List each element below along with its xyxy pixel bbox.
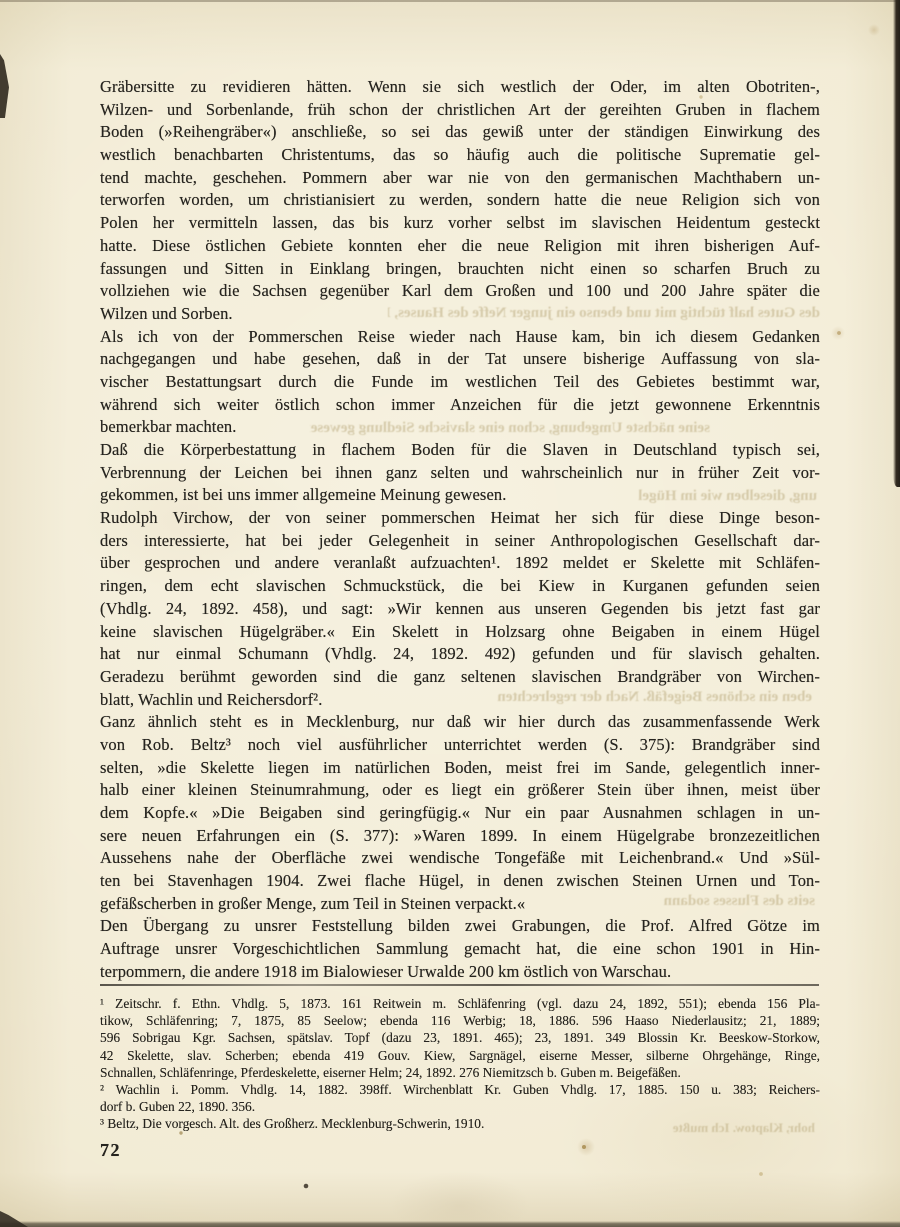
paragraph: Daß die Körperbestattung in flachem Bode…	[100, 439, 820, 507]
text-line: keine slavischen Hügelgräber.« Ein Skele…	[100, 621, 820, 644]
text-line: Ganz ähnlich steht es in Mecklenburg, nu…	[100, 711, 820, 734]
text-line: 42 Skelette, slav. Scherben; ebenda 419 …	[100, 1047, 820, 1064]
text-line: nachgegangen und habe gesehen, daß in de…	[100, 348, 820, 371]
text-line: terpommern, die andere 1918 im Bialowies…	[100, 961, 820, 984]
paragraph: Rudolph Virchow, der von seiner pommersc…	[100, 507, 820, 711]
body-text: Gräbersitte zu revidieren hätten. Wenn s…	[100, 76, 820, 984]
text-line: 596 Sobrigau Kgr. Sachsen, spätslav. Top…	[100, 1029, 820, 1046]
text-line: tend machte, geschehen. Pommern aber war…	[100, 167, 820, 190]
scan-edge-bottom	[0, 1221, 900, 1227]
scan-edge-top	[0, 0, 900, 2]
footnote-rule	[100, 984, 819, 986]
paragraph: Den Übergang zu unsrer Feststellung bild…	[100, 915, 820, 983]
text-line: terworfen worden, um christianisiert zu …	[100, 189, 820, 212]
text-line: Als ich von der Pommerschen Reise wieder…	[100, 326, 820, 349]
text-line: Schnallen, Schläfenringe, Pferdeskelette…	[100, 1064, 820, 1081]
text-line: vollziehen wie die Sachsen gegenüber Kar…	[100, 280, 820, 303]
text-line: westlich benachbarten Christentums, das …	[100, 144, 820, 167]
text-line: von Rob. Beltz³ noch viel ausführlicher …	[100, 734, 820, 757]
text-line: Verbrennung der Leichen bei ihnen ganz s…	[100, 462, 820, 485]
text-line: gefäßscherben in großer Menge, zum Teil …	[100, 893, 820, 916]
text-line: sere neuen Erfahrungen ein (S. 377): »Wa…	[100, 825, 820, 848]
text-line: dorf b. Guben 22, 1890. 356.	[100, 1098, 820, 1115]
text-line: hat nur einmal Schumann (Vhdlg. 24, 1892…	[100, 643, 820, 666]
text-line: (Vhdlg. 24, 1892. 458), und sagt: »Wir k…	[100, 598, 820, 621]
footnote: ³ Beltz, Die vorgesch. Alt. des Großherz…	[100, 1115, 820, 1132]
text-line: ders interessierte, hat bei jeder Gelege…	[100, 530, 820, 553]
text-line: ten bei Stavenhagen 1904. Zwei flache Hü…	[100, 870, 820, 893]
text-line: ³ Beltz, Die vorgesch. Alt. des Großherz…	[100, 1115, 820, 1132]
scan-mark-top-left	[0, 54, 9, 118]
text-line: hatte. Diese östlichen Gebiete konnten e…	[100, 235, 820, 258]
text-line: selten, »die Skelette liegen im natürlic…	[100, 757, 820, 780]
text-line: über gesprochen und andere veranlaßt auf…	[100, 552, 820, 575]
page-number: 72	[100, 1140, 121, 1161]
footnote: ¹ Zeitschr. f. Ethn. Vhdlg. 5, 1873. 161…	[100, 995, 820, 1081]
text-line: gekommen, ist bei uns immer allgemeine M…	[100, 484, 820, 507]
paragraph: Als ich von der Pommerschen Reise wieder…	[100, 326, 820, 439]
footnotes: ¹ Zeitschr. f. Ethn. Vhdlg. 5, 1873. 161…	[100, 995, 820, 1133]
text-line: Daß die Körperbestattung in flachem Bode…	[100, 439, 820, 462]
text-line: ² Wachlin i. Pomm. Vhdlg. 14, 1882. 398f…	[100, 1081, 820, 1098]
text-line: Rudolph Virchow, der von seiner pommersc…	[100, 507, 820, 530]
text-line: Wilzen und Sorben.	[100, 303, 820, 326]
text-line: halb einer kleinen Steinumrahmung, oder …	[100, 779, 820, 802]
paragraph: Gräbersitte zu revidieren hätten. Wenn s…	[100, 76, 820, 326]
text-line: fassungen und Sitten in Einklang bringen…	[100, 258, 820, 281]
text-line: Aussehens nahe der Oberfläche zwei wendi…	[100, 847, 820, 870]
text-line: vischer Bestattungsart durch die Funde i…	[100, 371, 820, 394]
text-line: Polen her vermitteln lassen, das bis kur…	[100, 212, 820, 235]
scanned-book-page: des Gutes half tüchtig mit und ebenso ei…	[0, 0, 900, 1227]
scan-edge-right	[893, 0, 900, 487]
text-line: tikow, Schläfenring; 7, 1875, 85 Seelow;…	[100, 1012, 820, 1029]
scan-mark-bottom-left	[0, 1211, 28, 1227]
text-line: Geradezu berühmt geworden sind die ganz …	[100, 666, 820, 689]
text-line: ringen, dem echt slavischen Schmuckstück…	[100, 575, 820, 598]
paragraph: Ganz ähnlich steht es in Mecklenburg, nu…	[100, 711, 820, 915]
text-line: Den Übergang zu unsrer Feststellung bild…	[100, 915, 820, 938]
footnote: ² Wachlin i. Pomm. Vhdlg. 14, 1882. 398f…	[100, 1081, 820, 1115]
text-line: Wilzen- und Sorbenlande, früh schon der …	[100, 99, 820, 122]
text-line: Auftrage unsrer Vorgeschichtlichen Samml…	[100, 938, 820, 961]
text-line: blatt, Wachlin und Reichersdorf².	[100, 689, 820, 712]
text-line: während sich weiter östlich schon immer …	[100, 394, 820, 417]
text-line: bemerkbar machten.	[100, 416, 820, 439]
text-line: dem Kopfe.« »Die Beigaben sind geringfüg…	[100, 802, 820, 825]
text-line: Boden (»Reihengräber«) anschließe, so se…	[100, 121, 820, 144]
text-line: Gräbersitte zu revidieren hätten. Wenn s…	[100, 76, 820, 99]
text-line: ¹ Zeitschr. f. Ethn. Vhdlg. 5, 1873. 161…	[100, 995, 820, 1012]
